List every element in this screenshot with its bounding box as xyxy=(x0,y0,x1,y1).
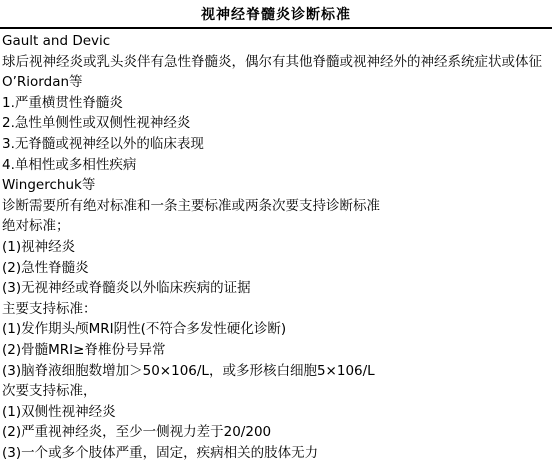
table-row: 主要支持标准： xyxy=(2,299,552,320)
table-row: 4.单相性或多相性疾病 xyxy=(2,155,552,176)
table-row: (1)发作期头颅MRI阴性(不符合多发性硬化诊断) xyxy=(2,319,552,340)
table-body: Gault and Devic 球后视神经炎或乳头炎伴有急性脊髓炎，偶尔有其他脊… xyxy=(0,29,552,463)
table-title: 视神经脊髓炎诊断标准 xyxy=(0,0,552,27)
diagnostic-criteria-table: 视神经脊髓炎诊断标准 Gault and Devic 球后视神经炎或乳头炎伴有急… xyxy=(0,0,552,465)
table-row: 3.无脊髓或视神经以外的临床表现 xyxy=(2,134,552,155)
table-row: (1)视神经炎 xyxy=(2,237,552,258)
table-row: 2.急性单侧性或双侧性视神经炎 xyxy=(2,113,552,134)
table-row: (2)骨髓MRI≥脊椎份号异常 xyxy=(2,340,552,361)
table-row: 绝对标准； xyxy=(2,216,552,237)
table-row: Gault and Devic xyxy=(2,31,552,52)
table-row: 诊断需要所有绝对标准和一条主要标准或两条次要支持诊断标准 xyxy=(2,196,552,217)
table-row: (3)一个或多个肢体严重，固定，疾病相关的肢体无力 xyxy=(2,443,552,464)
table-row: Wingerchuk等 xyxy=(2,175,552,196)
table-row: (3)无视神经或脊髓炎以外临床疾病的证据 xyxy=(2,278,552,299)
table-row: (1)双侧性视神经炎 xyxy=(2,402,552,423)
table-row: 次要支持标准， xyxy=(2,381,552,402)
table-row: 球后视神经炎或乳头炎伴有急性脊髓炎，偶尔有其他脊髓或视神经外的神经系统症状或体征 xyxy=(2,52,552,73)
table-row: (2)严重视神经炎，至少一侧视力差于20/200 xyxy=(2,422,552,443)
table-row: O’Riordan等 xyxy=(2,72,552,93)
table-row: 1.严重横贯性脊髓炎 xyxy=(2,93,552,114)
table-row: (3)脑脊液细胞数增加＞50×106/L，或多形核白细胞5×106/L xyxy=(2,361,552,382)
table-row: (2)急性脊髓炎 xyxy=(2,258,552,279)
